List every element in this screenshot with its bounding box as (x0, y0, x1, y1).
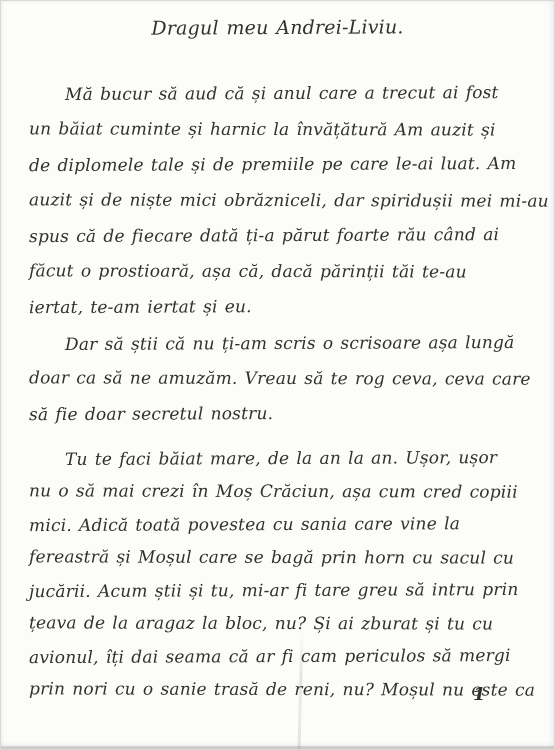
letter-line: un băiat cuminte și harnic la învățătură… (29, 112, 539, 149)
letter-line: spus că de fiecare dată ți-a părut foart… (29, 218, 539, 256)
letter-line: avionul, îți dai seama că ar fi cam peri… (29, 640, 539, 675)
letter-line: nu o să mai crezi în Moș Crăciun, așa cu… (29, 475, 539, 509)
letter-line: mici. Adică toată povestea cu sania care… (29, 508, 539, 543)
letter-page: Dragul meu Andrei-Liviu. Mă bucur să aud… (0, 0, 555, 750)
letter-line: Dar să știi că nu ți-am scris o scrisoar… (29, 326, 539, 363)
page-number: 1 (473, 684, 486, 705)
letter-paragraph-2: Dar să știi că nu ți-am scris o scrisoar… (29, 327, 539, 432)
letter-line: de diplomele tale și de premiile pe care… (29, 147, 539, 185)
letter-line: auzit și de niște mici obrăzniceli, dar … (29, 183, 539, 220)
letter-line: Tu te faci băiat mare, de la an la an. U… (29, 442, 539, 477)
letter-line: doar ca să ne amuzăm. Vreau să te rog ce… (29, 361, 539, 397)
letter-paragraph-3: Tu te faci băiat mare, de la an la an. U… (29, 443, 539, 707)
letter-line: făcut o prostioară, așa că, dacă părinți… (29, 254, 539, 291)
letter-line: prin nori cu o sanie trasă de reni, nu? … (29, 673, 539, 707)
letter-line: fereastră și Moșul care se bagă prin hor… (29, 541, 539, 575)
letter-paragraph-1: Mă bucur să aud că și anul care a trecut… (29, 77, 539, 326)
letter-salutation: Dragul meu Andrei-Liviu. (1, 16, 554, 41)
letter-line: Mă bucur să aud că și anul care a trecut… (29, 76, 539, 114)
letter-line: țeava de la aragaz la bloc, nu? Și ai zb… (29, 607, 539, 641)
letter-line: iertat, te-am iertat și eu. (29, 289, 539, 327)
letter-line: să fie doar secretul nostru. (29, 396, 539, 433)
letter-line: jucării. Acum știi și tu, mi-ar fi tare … (29, 574, 539, 609)
scan-edge-shadow (1, 746, 554, 749)
